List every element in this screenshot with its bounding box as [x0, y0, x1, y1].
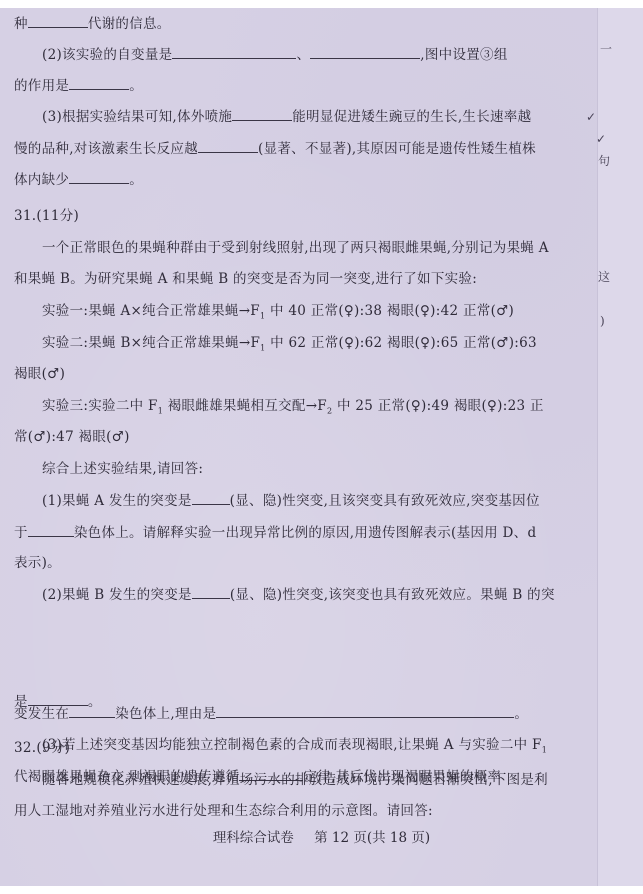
margin-mark: 一 — [600, 40, 612, 57]
answer-blank[interactable] — [28, 14, 88, 28]
q32-heading: 32.(9分) — [14, 739, 70, 757]
answer-blank[interactable] — [198, 139, 258, 153]
q30-part3-line1: (3)根据实验结果可知,体外喷施能明显促进矮生豌豆的生长,生长速率越 — [42, 107, 531, 126]
exam-title: 理科综合试卷 — [213, 830, 294, 846]
answer-blank[interactable] — [28, 692, 88, 706]
q31-experiment-1: 实验一:果蝇 A×纯合正常雄果蝇→F1 中 40 正常(♀):38 褐眼(♀):… — [42, 302, 514, 326]
q31-summary: 综合上述实验结果,请回答: — [42, 460, 203, 478]
answer-blank[interactable] — [192, 585, 230, 599]
page-footer: 理科综合试卷 第 12 页(共 18 页) — [0, 826, 643, 846]
answer-blank[interactable] — [310, 45, 420, 59]
q31-sub3-line3-real: 是。 — [14, 692, 102, 711]
q31-experiment-3-cont: 常(♂):47 褐眼(♂) — [14, 428, 130, 446]
q31-sub1-line1: (1)果蝇 A 发生的突变是(显、隐)性突变,且该突变具有致死效应,突变基因位 — [42, 491, 540, 510]
q31-sub3-line1: (3)若上述突变基因均能独立控制褐色素的合成而表现褐眼,让果蝇 A 与实验二中 … — [42, 736, 547, 760]
q31-intro-line2: 和果蝇 B。为研究果蝇 A 和果蝇 B 的突变是否为同一突变,进行了如下实验: — [14, 270, 477, 288]
margin-mark: 句 — [598, 152, 610, 169]
q31-experiment-2-cont: 褐眼(♂) — [14, 365, 65, 383]
margin-mark: ) — [600, 314, 605, 328]
answer-blank[interactable] — [232, 107, 292, 121]
page-number: 第 12 页(共 18 页) — [314, 830, 430, 846]
q30-part1-line3: 种代谢的信息。 — [14, 14, 171, 33]
q31-heading: 31.(11分) — [14, 207, 79, 225]
q31-sub2-line1: (2)果蝇 B 发生的突变是(显、隐)性突变,该突变也具有致死效应。果蝇 B 的… — [42, 585, 555, 604]
answer-blank[interactable] — [28, 523, 74, 537]
q31-experiment-3: 实验三:实验二中 F1 褐眼雌雄果蝇相互交配→F2 中 25 正常(♀):49 … — [42, 397, 544, 421]
margin-mark: ✓ — [596, 132, 606, 146]
q31-sub1-line2: 于染色体上。请解释实验一出现异常比例的原因,用遗传图解表示(基因用 D、d — [14, 523, 536, 542]
answer-blank[interactable] — [216, 704, 514, 718]
q31-experiment-2: 实验二:果蝇 B×纯合正常雄果蝇→F1 中 62 正常(♀):62 褐眼(♀):… — [42, 334, 537, 358]
q32-intro-line2: 用人工湿地对养殖业污水进行处理和生态综合利用的示意图。请回答: — [14, 802, 433, 820]
q30-part3-line2: 慢的品种,对该激素生长反应越(显著、不显著),其原因可能是遗传性矮生植株 — [14, 139, 536, 158]
q30-part2-line2: 的作用是。 — [14, 76, 143, 95]
q31-sub1-line3: 表示)。 — [14, 554, 61, 572]
q30-part3-line3: 体内缺少。 — [14, 170, 143, 189]
answer-blank[interactable] — [172, 45, 296, 59]
margin-mark: ✓ — [586, 110, 596, 124]
answer-blank[interactable] — [69, 170, 129, 184]
q31-intro-line1: 一个正常眼色的果蝇种群由于受到射线照射,出现了两只褐眼雌果蝇,分别记为果蝇 A — [42, 239, 549, 257]
q30-part2-line1: (2)该实验的自变量是、,图中设置③组 — [42, 45, 508, 64]
answer-blank[interactable] — [69, 76, 129, 90]
q30-part1-line2: 用表现出性。两种激素在植物体内都不直接参与细胞代谢,而是给细胞传达一 — [14, 0, 534, 2]
answer-blank[interactable] — [192, 491, 230, 505]
q32-intro-line1: 随各地规模化养殖快速发展,养殖场污水的排放造成环境污染问题日渐突出,下图是利 — [42, 771, 548, 789]
margin-mark: 这 — [598, 268, 610, 285]
